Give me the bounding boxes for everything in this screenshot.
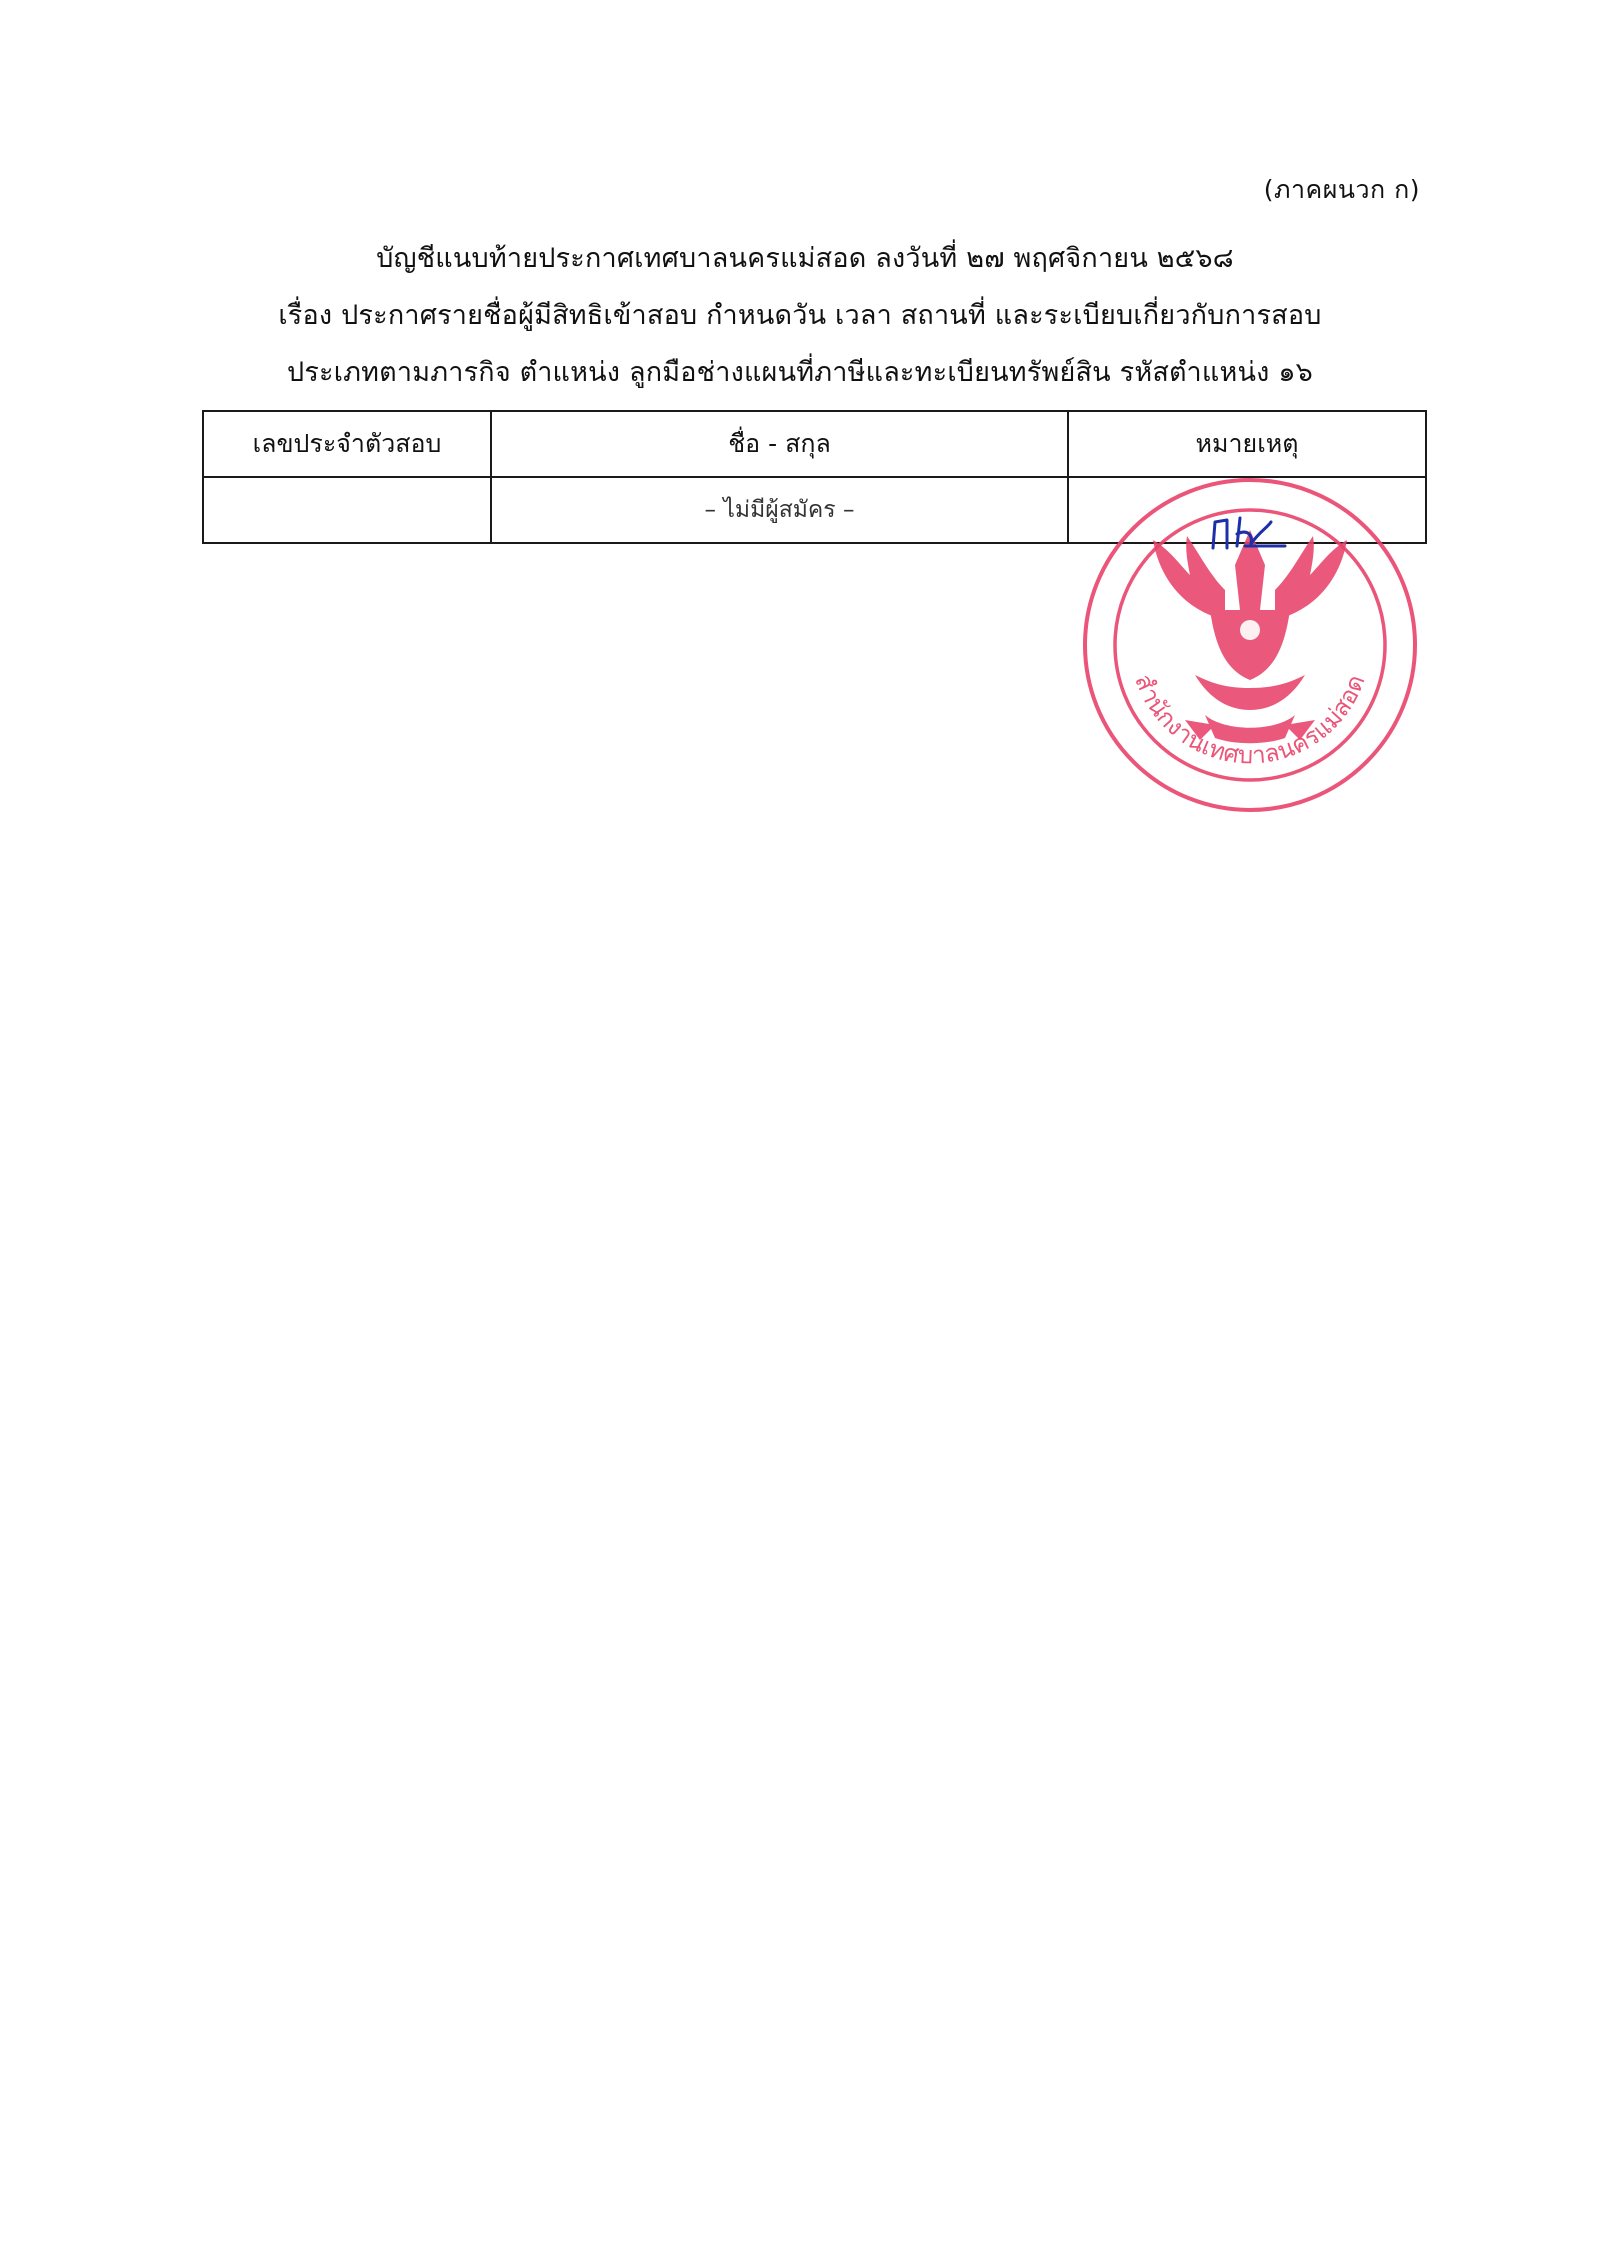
- document-heading: บัญชีแนบท้ายประกาศเทศบาลนครแม่สอด ลงวันท…: [0, 230, 1600, 401]
- official-seal: สำนักงานเทศบาลนครแม่สอด: [1075, 470, 1425, 820]
- cell-exam-id: [203, 477, 491, 543]
- heading-line-3: ประเภทตามภารกิจ ตำแหน่ง ลูกมือช่างแผนที่…: [0, 344, 1600, 401]
- cell-name-no-applicants: – ไม่มีผู้สมัคร –: [491, 477, 1068, 543]
- column-header-exam-id: เลขประจำตัวสอบ: [203, 411, 491, 477]
- garuda-seal-icon: สำนักงานเทศบาลนครแม่สอด: [1075, 470, 1425, 820]
- column-header-remark: หมายเหตุ: [1068, 411, 1426, 477]
- table-header-row: เลขประจำตัวสอบ ชื่อ - สกุล หมายเหตุ: [203, 411, 1426, 477]
- svg-text:สำนักงานเทศบาลนครแม่สอด: สำนักงานเทศบาลนครแม่สอด: [1129, 670, 1370, 769]
- heading-line-2: เรื่อง ประกาศรายชื่อผู้มีสิทธิเข้าสอบ กำ…: [0, 287, 1600, 344]
- column-header-name: ชื่อ - สกุล: [491, 411, 1068, 477]
- appendix-label: (ภาคผนวก ก): [1264, 170, 1420, 210]
- heading-line-1: บัญชีแนบท้ายประกาศเทศบาลนครแม่สอด ลงวันท…: [0, 230, 1600, 287]
